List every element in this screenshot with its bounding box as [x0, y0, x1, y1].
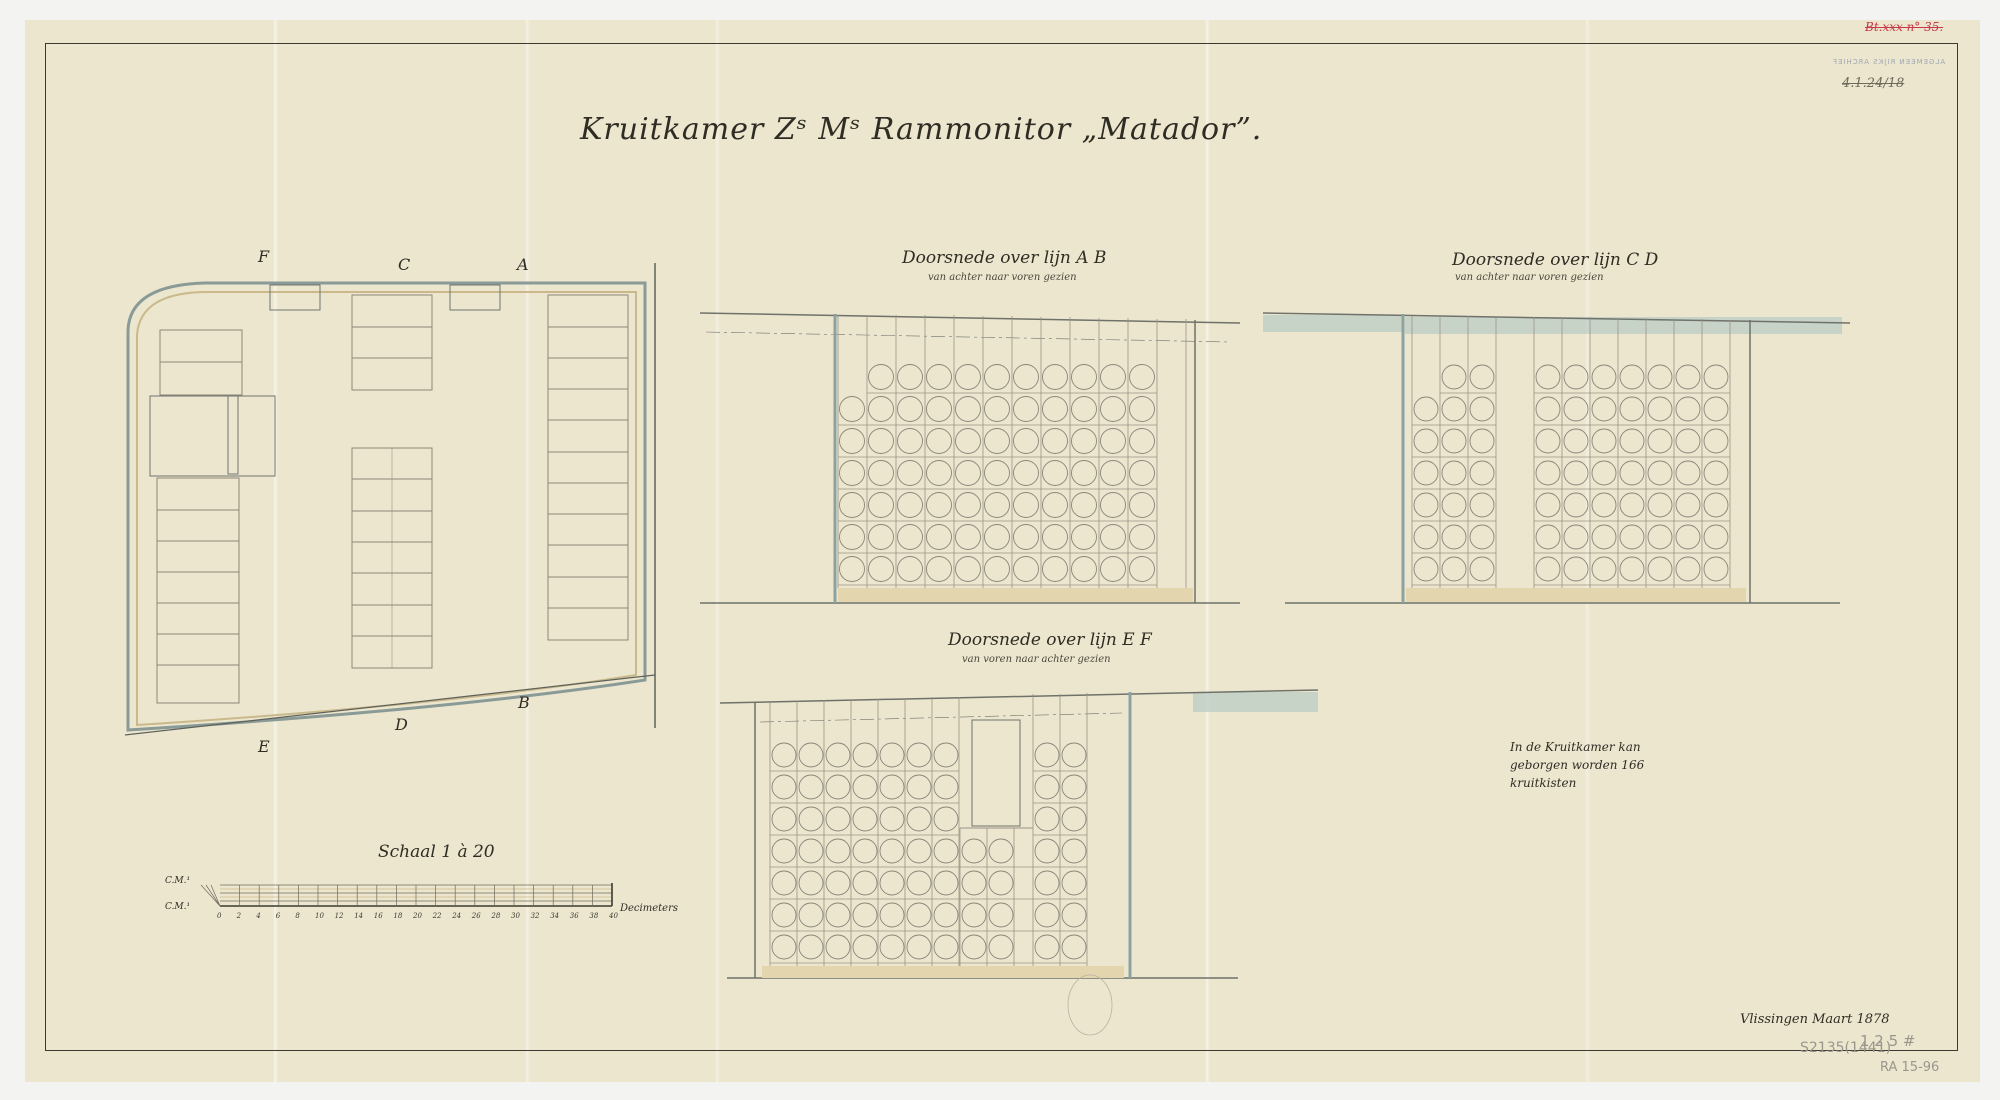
- powder-case-circle: [1536, 525, 1560, 549]
- powder-case-circle: [1014, 429, 1039, 454]
- powder-case-circle: [1014, 365, 1039, 390]
- powder-case-circle: [772, 743, 796, 767]
- powder-case-circle: [1442, 557, 1466, 581]
- powder-case-circle: [799, 839, 823, 863]
- powder-case-circle: [826, 807, 850, 831]
- powder-case-circle: [1442, 493, 1466, 517]
- powder-case-circle: [1648, 493, 1672, 517]
- powder-case-circle: [1648, 525, 1672, 549]
- scale-tick-label: 0: [217, 912, 222, 920]
- powder-case-circle: [1564, 397, 1588, 421]
- powder-case-circle: [1620, 525, 1644, 549]
- powder-case-circle: [1592, 365, 1616, 389]
- section-ab: [700, 313, 1240, 603]
- powder-case-circle: [934, 743, 958, 767]
- powder-case-circle: [1062, 839, 1086, 863]
- powder-case-circle: [1101, 557, 1126, 582]
- powder-case-circle: [1101, 397, 1126, 422]
- powder-case-circle: [1620, 557, 1644, 581]
- powder-case-circle: [1130, 397, 1155, 422]
- powder-case-circle: [985, 557, 1010, 582]
- powder-case-circle: [898, 557, 923, 582]
- scale-tick-label: 30: [511, 912, 520, 920]
- powder-case-circle: [898, 493, 923, 518]
- powder-case-circle: [1101, 429, 1126, 454]
- powder-case-circle: [1620, 397, 1644, 421]
- powder-case-circle: [1043, 493, 1068, 518]
- scale-tick-label: 2: [236, 912, 242, 920]
- powder-case-circle: [1072, 525, 1097, 550]
- powder-case-circle: [1704, 365, 1728, 389]
- powder-case-circle: [880, 807, 904, 831]
- powder-case-circle: [1414, 461, 1438, 485]
- powder-case-circle: [826, 871, 850, 895]
- powder-case-circle: [956, 461, 981, 486]
- powder-case-circle: [869, 493, 894, 518]
- powder-case-circle: [1470, 397, 1494, 421]
- scale-tick-label: 16: [374, 912, 383, 920]
- powder-case-circle: [1442, 429, 1466, 453]
- powder-case-circle: [1101, 493, 1126, 518]
- scale-tick-label: 40: [608, 912, 618, 920]
- powder-case-circle: [962, 935, 986, 959]
- technical-drawing: F C A E D B: [0, 0, 2000, 1100]
- powder-case-circle: [1676, 557, 1700, 581]
- powder-case-circle: [1130, 557, 1155, 582]
- powder-case-circle: [1062, 807, 1086, 831]
- plan-label-a: A: [515, 255, 529, 274]
- powder-case-circle: [1676, 397, 1700, 421]
- plan-label-b: B: [517, 693, 530, 712]
- powder-case-circle: [880, 903, 904, 927]
- powder-case-circle: [1536, 493, 1560, 517]
- powder-case-circle: [927, 525, 952, 550]
- powder-case-circle: [1620, 493, 1644, 517]
- powder-case-circle: [799, 903, 823, 927]
- powder-case-circle: [799, 807, 823, 831]
- powder-case-circle: [799, 775, 823, 799]
- section-ef: [720, 690, 1318, 1035]
- powder-case-circle: [1062, 743, 1086, 767]
- powder-case-circle: [956, 397, 981, 422]
- powder-case-circle: [1043, 365, 1068, 390]
- powder-case-circle: [1101, 365, 1126, 390]
- scale-tick-label: 6: [276, 912, 281, 920]
- powder-case-circle: [853, 743, 877, 767]
- powder-case-circle: [1470, 525, 1494, 549]
- powder-case-circle: [898, 525, 923, 550]
- powder-case-circle: [869, 525, 894, 550]
- powder-case-circle: [840, 397, 865, 422]
- powder-case-circle: [989, 903, 1013, 927]
- powder-case-circle: [1648, 397, 1672, 421]
- powder-case-circle: [1035, 871, 1059, 895]
- powder-case-circle: [826, 775, 850, 799]
- powder-case-circle: [880, 743, 904, 767]
- powder-case-circle: [799, 871, 823, 895]
- powder-case-circle: [934, 775, 958, 799]
- powder-case-circle: [985, 525, 1010, 550]
- powder-case-circle: [1592, 557, 1616, 581]
- powder-case-circle: [1014, 525, 1039, 550]
- powder-case-circle: [1043, 525, 1068, 550]
- powder-case-circle: [927, 493, 952, 518]
- powder-case-circle: [1676, 461, 1700, 485]
- powder-case-circle: [1072, 397, 1097, 422]
- powder-case-circle: [1564, 429, 1588, 453]
- powder-case-circle: [1536, 429, 1560, 453]
- scale-tick-label: 32: [531, 912, 540, 920]
- powder-case-circle: [956, 365, 981, 390]
- powder-case-circle: [1014, 557, 1039, 582]
- powder-case-circle: [927, 365, 952, 390]
- powder-case-circle: [1442, 525, 1466, 549]
- powder-case-circle: [826, 935, 850, 959]
- powder-case-circle: [869, 461, 894, 486]
- powder-case-circle: [853, 935, 877, 959]
- section-cd: [1263, 313, 1850, 603]
- powder-case-circle: [1704, 461, 1728, 485]
- powder-case-circle: [1035, 775, 1059, 799]
- scale-tick-label: 14: [354, 912, 363, 920]
- powder-case-circle: [1470, 461, 1494, 485]
- scale-tick-label: 36: [570, 912, 579, 920]
- scale-tick-label: 34: [550, 912, 559, 920]
- powder-case-circle: [962, 871, 986, 895]
- powder-case-circle: [985, 365, 1010, 390]
- powder-case-circle: [1564, 557, 1588, 581]
- powder-case-circle: [1414, 493, 1438, 517]
- powder-case-circle: [1130, 525, 1155, 550]
- powder-case-circle: [1536, 365, 1560, 389]
- powder-case-circle: [1648, 557, 1672, 581]
- scale-tick-label: 24: [451, 912, 461, 920]
- powder-case-circle: [1101, 525, 1126, 550]
- scale-bar: [201, 883, 612, 906]
- powder-case-circle: [1442, 461, 1466, 485]
- scale-tick-label: 4: [255, 912, 260, 920]
- powder-case-circle: [853, 839, 877, 863]
- powder-case-circle: [1014, 461, 1039, 486]
- powder-case-circle: [1470, 365, 1494, 389]
- powder-case-circle: [989, 935, 1013, 959]
- powder-case-circle: [934, 935, 958, 959]
- powder-case-circle: [1043, 461, 1068, 486]
- powder-case-circle: [1062, 935, 1086, 959]
- powder-case-circle: [772, 807, 796, 831]
- powder-case-circle: [985, 493, 1010, 518]
- powder-case-circle: [907, 935, 931, 959]
- powder-case-circle: [1592, 429, 1616, 453]
- powder-case-circle: [1536, 557, 1560, 581]
- powder-case-circle: [1414, 429, 1438, 453]
- powder-case-circle: [772, 935, 796, 959]
- plan-label-e: E: [257, 737, 270, 756]
- powder-case-circle: [907, 743, 931, 767]
- powder-case-circle: [1704, 429, 1728, 453]
- powder-case-circle: [1072, 493, 1097, 518]
- powder-case-circle: [1414, 397, 1438, 421]
- powder-case-circle: [1676, 493, 1700, 517]
- powder-case-circle: [1442, 365, 1466, 389]
- powder-case-circle: [1130, 493, 1155, 518]
- plan-label-c: C: [398, 255, 410, 274]
- powder-case-circle: [1072, 461, 1097, 486]
- powder-case-circle: [907, 871, 931, 895]
- powder-case-circle: [1648, 429, 1672, 453]
- scale-tick-label: 12: [335, 912, 344, 920]
- powder-case-circle: [840, 429, 865, 454]
- powder-case-circle: [1014, 493, 1039, 518]
- plan-view: [125, 263, 655, 735]
- powder-case-circle: [1072, 557, 1097, 582]
- powder-case-circle: [826, 743, 850, 767]
- powder-case-circle: [772, 775, 796, 799]
- powder-case-circle: [989, 839, 1013, 863]
- scale-tick-label: 38: [589, 912, 598, 920]
- powder-case-circle: [898, 365, 923, 390]
- powder-case-circle: [826, 903, 850, 927]
- powder-case-circle: [1676, 429, 1700, 453]
- powder-case-circle: [962, 903, 986, 927]
- powder-case-circle: [985, 461, 1010, 486]
- powder-case-circle: [840, 493, 865, 518]
- powder-case-circle: [1704, 397, 1728, 421]
- powder-case-circle: [989, 871, 1013, 895]
- powder-case-circle: [853, 807, 877, 831]
- powder-case-circle: [1648, 365, 1672, 389]
- powder-case-circle: [1470, 493, 1494, 517]
- powder-case-circle: [772, 903, 796, 927]
- powder-case-circle: [1014, 397, 1039, 422]
- powder-case-circle: [853, 775, 877, 799]
- scale-tick-label: 8: [295, 912, 300, 920]
- powder-case-circle: [985, 397, 1010, 422]
- powder-case-circle: [869, 557, 894, 582]
- powder-case-circle: [869, 429, 894, 454]
- powder-case-circle: [1414, 557, 1438, 581]
- powder-case-circle: [927, 461, 952, 486]
- powder-case-circle: [1035, 743, 1059, 767]
- powder-case-circle: [1592, 461, 1616, 485]
- powder-case-circle: [1043, 397, 1068, 422]
- powder-case-circle: [907, 839, 931, 863]
- plan-label-d: D: [394, 715, 408, 734]
- powder-case-circle: [1470, 429, 1494, 453]
- powder-case-circle: [1536, 397, 1560, 421]
- powder-case-circle: [898, 397, 923, 422]
- powder-case-circle: [1101, 461, 1126, 486]
- powder-case-circle: [799, 743, 823, 767]
- powder-case-circle: [1062, 903, 1086, 927]
- powder-case-circle: [772, 871, 796, 895]
- powder-case-circle: [1072, 365, 1097, 390]
- powder-case-circle: [1704, 557, 1728, 581]
- powder-case-circle: [880, 775, 904, 799]
- powder-case-circle: [907, 775, 931, 799]
- powder-case-circle: [1062, 775, 1086, 799]
- powder-case-circle: [907, 903, 931, 927]
- powder-case-circle: [934, 839, 958, 863]
- powder-case-circle: [898, 461, 923, 486]
- powder-case-circle: [934, 903, 958, 927]
- powder-case-circle: [927, 397, 952, 422]
- powder-case-circle: [927, 557, 952, 582]
- scale-tick-label: 28: [490, 912, 500, 920]
- powder-case-circle: [1676, 365, 1700, 389]
- powder-case-circle: [1470, 557, 1494, 581]
- powder-case-circle: [927, 429, 952, 454]
- powder-case-circle: [1620, 461, 1644, 485]
- powder-case-circle: [1564, 461, 1588, 485]
- powder-case-circle: [962, 839, 986, 863]
- powder-case-circle: [1620, 365, 1644, 389]
- powder-case-circle: [1130, 429, 1155, 454]
- powder-case-circle: [1072, 429, 1097, 454]
- powder-case-circle: [1130, 461, 1155, 486]
- powder-case-circle: [869, 397, 894, 422]
- powder-case-circle: [880, 871, 904, 895]
- powder-case-circle: [853, 871, 877, 895]
- scale-tick-label: 26: [471, 912, 481, 920]
- powder-case-circle: [1704, 493, 1728, 517]
- scale-tick-label: 22: [432, 912, 442, 920]
- powder-case-circle: [772, 839, 796, 863]
- powder-case-circle: [840, 461, 865, 486]
- powder-case-circle: [985, 429, 1010, 454]
- powder-case-circle: [1648, 461, 1672, 485]
- powder-case-circle: [1043, 429, 1068, 454]
- powder-case-circle: [1043, 557, 1068, 582]
- powder-case-circle: [1035, 839, 1059, 863]
- powder-case-circle: [956, 525, 981, 550]
- powder-case-circle: [1592, 397, 1616, 421]
- powder-case-circle: [1564, 525, 1588, 549]
- powder-case-circle: [1564, 365, 1588, 389]
- powder-case-circle: [898, 429, 923, 454]
- powder-case-circle: [826, 839, 850, 863]
- powder-case-circle: [1414, 525, 1438, 549]
- powder-case-circle: [880, 935, 904, 959]
- powder-case-circle: [1442, 397, 1466, 421]
- powder-case-circle: [840, 557, 865, 582]
- powder-case-circle: [956, 429, 981, 454]
- scale-tick-label: 10: [315, 912, 324, 920]
- powder-case-circle: [853, 903, 877, 927]
- powder-case-circle: [880, 839, 904, 863]
- powder-case-circle: [1564, 493, 1588, 517]
- powder-case-circle: [956, 493, 981, 518]
- powder-case-circle: [799, 935, 823, 959]
- powder-case-circle: [934, 807, 958, 831]
- powder-case-circle: [1035, 935, 1059, 959]
- powder-case-circle: [1035, 807, 1059, 831]
- powder-case-circle: [907, 807, 931, 831]
- powder-case-circle: [1704, 525, 1728, 549]
- powder-case-circle: [1062, 871, 1086, 895]
- powder-case-circle: [956, 557, 981, 582]
- powder-case-circle: [1130, 365, 1155, 390]
- powder-case-circle: [869, 365, 894, 390]
- powder-case-circle: [1592, 525, 1616, 549]
- powder-case-circle: [1536, 461, 1560, 485]
- plan-label-f: F: [257, 247, 270, 266]
- scale-tick-label: 20: [412, 912, 422, 920]
- powder-case-circle: [1035, 903, 1059, 927]
- powder-case-circle: [934, 871, 958, 895]
- powder-case-circle: [1676, 525, 1700, 549]
- scale-tick-label: 18: [393, 912, 402, 920]
- powder-case-circle: [1592, 493, 1616, 517]
- powder-case-circle: [1620, 429, 1644, 453]
- powder-case-circle: [840, 525, 865, 550]
